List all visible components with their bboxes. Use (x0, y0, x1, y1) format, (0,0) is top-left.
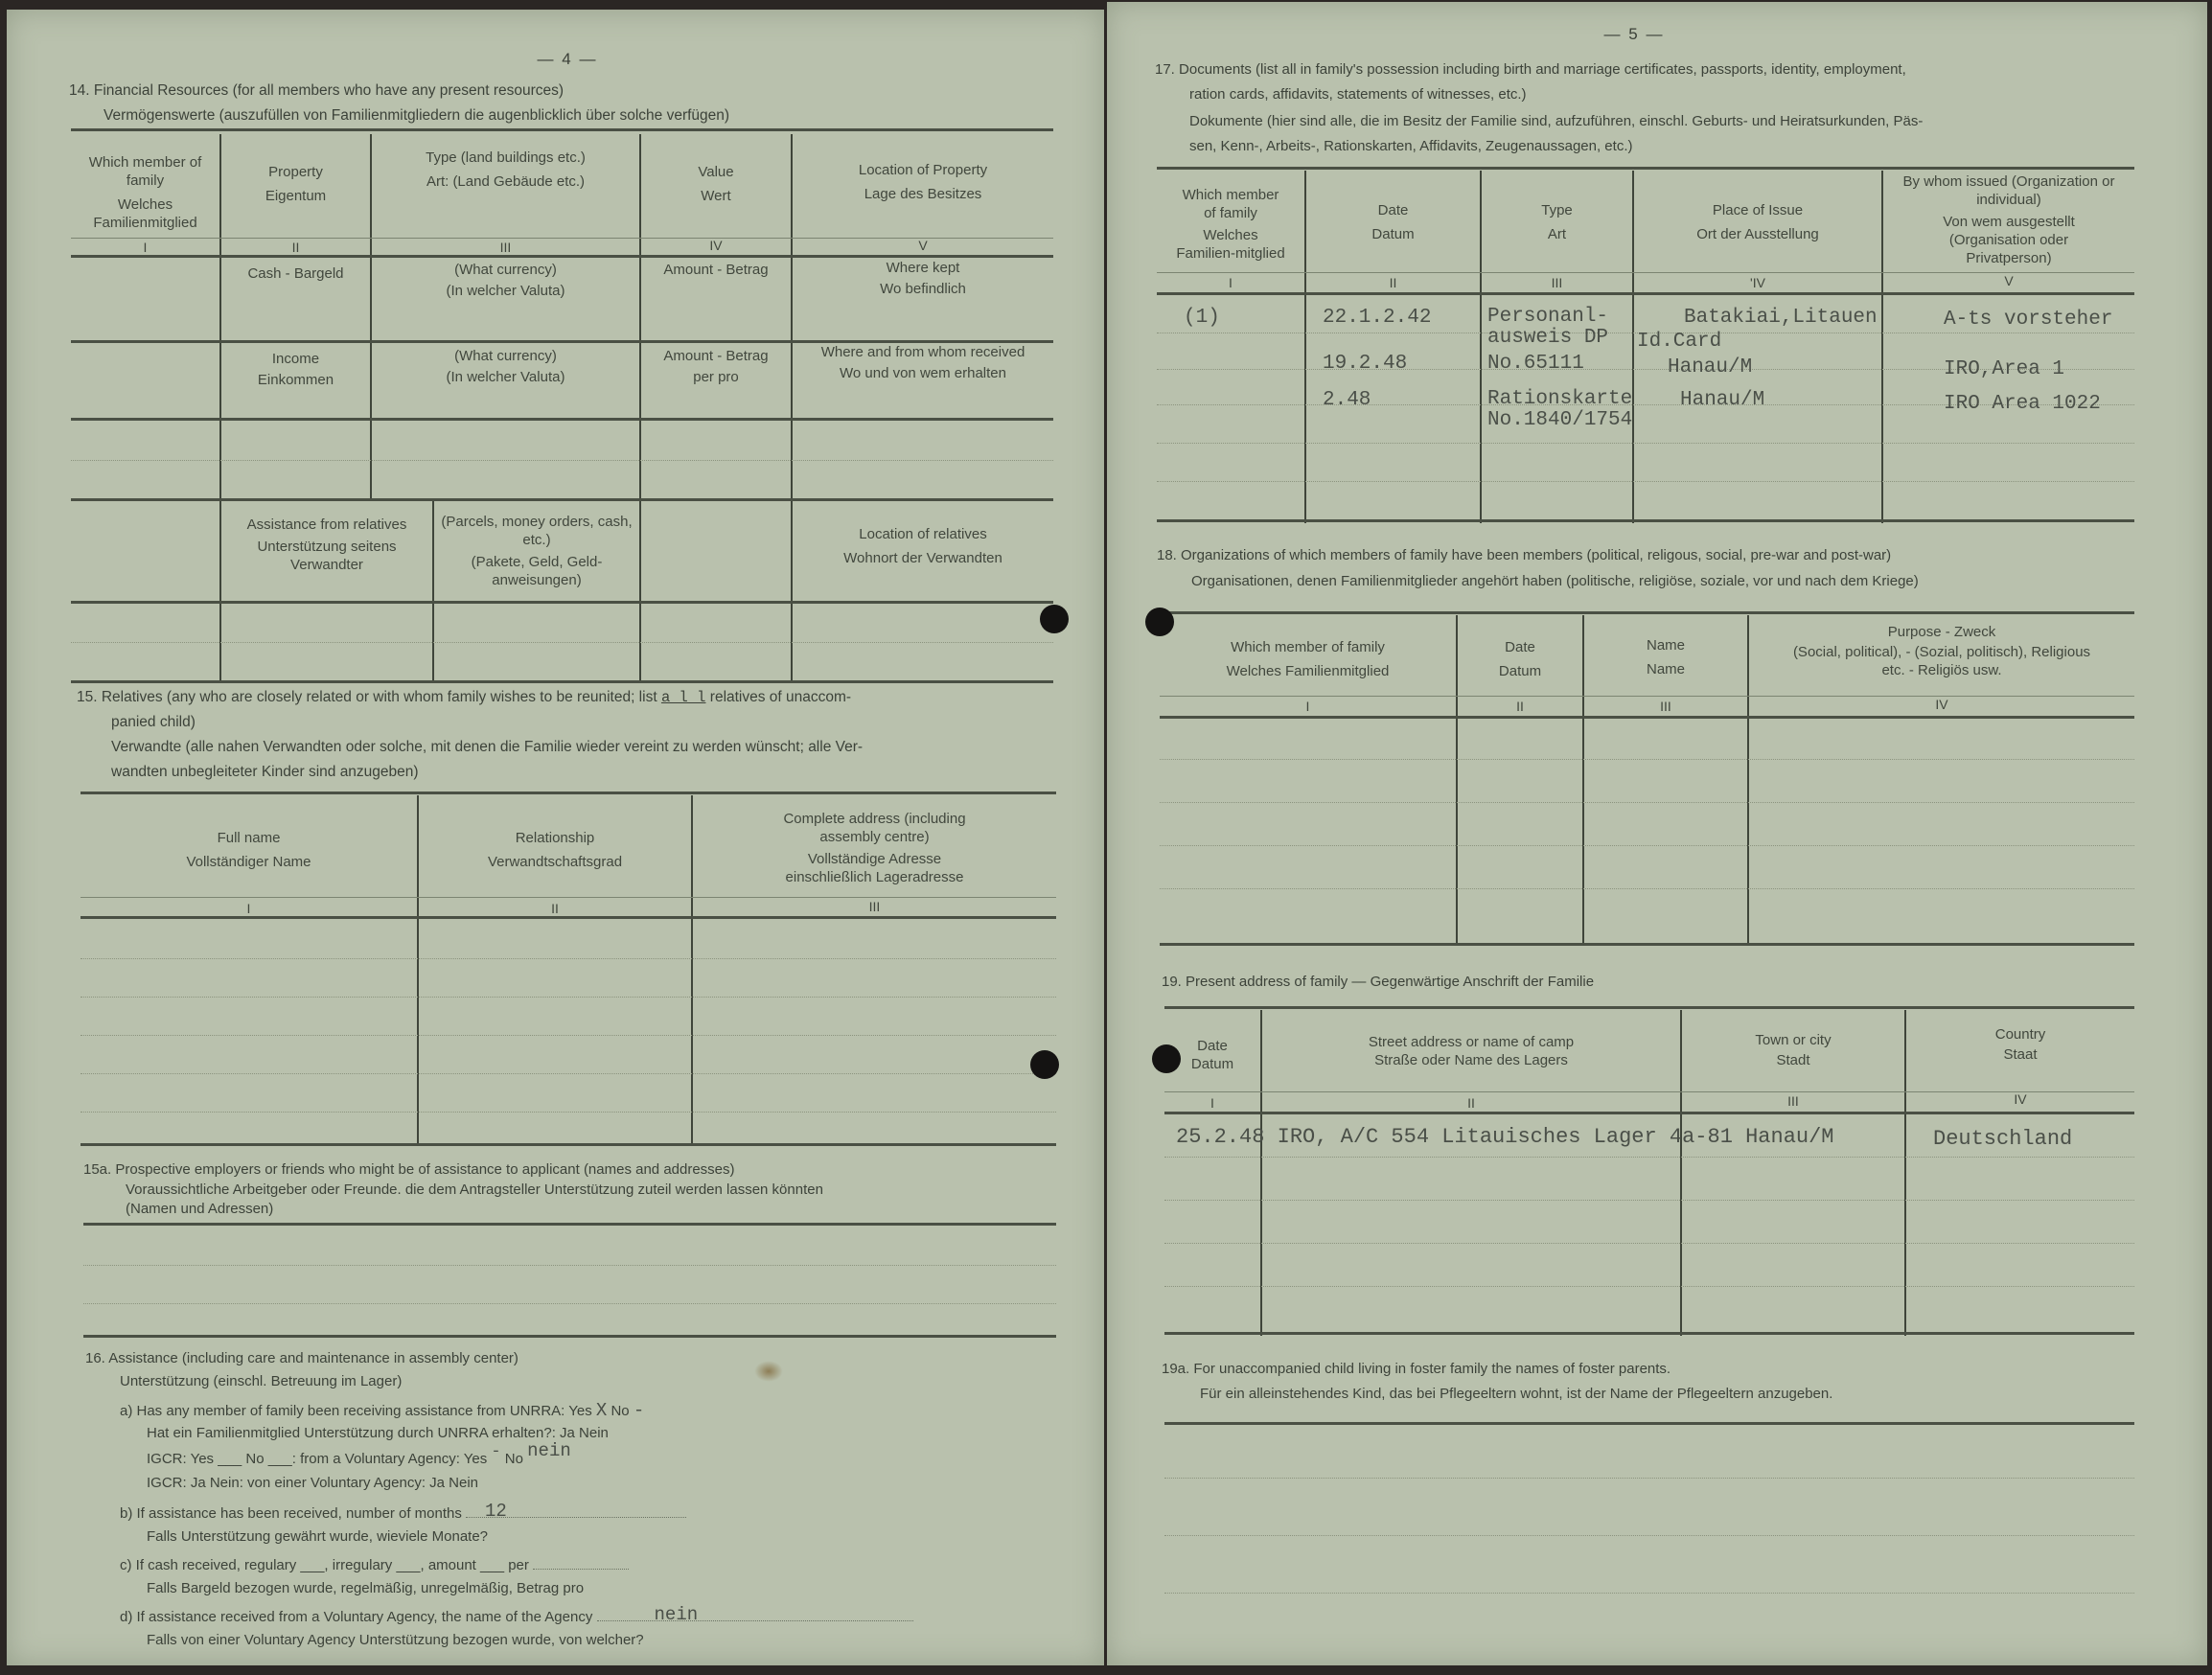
page-number: — 5 — (1572, 25, 1696, 44)
right-page: — 5 — 17. Documents (list all in family'… (1107, 2, 2207, 1665)
address-country: Deutschland (1933, 1127, 2072, 1151)
section-18-line1: 18. Organizations of which members of fa… (1157, 543, 1891, 568)
income-currency: (What currency)(In welcher Valuta) (372, 347, 639, 386)
income-location: Where and from whom receivedWo und von w… (793, 343, 1053, 382)
cash-label: Cash - Bargeld (221, 264, 370, 283)
col-member-header: Which member of familyWelches Familienmi… (1160, 638, 1456, 680)
punch-hole-icon (1030, 1050, 1059, 1079)
unrra-no-value: - (634, 1400, 644, 1421)
doc-member: (1) (1184, 307, 1220, 329)
doc-issuer: A-ts vorsteher (1944, 309, 2112, 331)
section-16-line2: Unterstützung (einschl. Betreuung im Lag… (120, 1372, 402, 1391)
doc-date: 2.48 (1323, 389, 1371, 411)
col-type-header: Type (land buildings etc.)Art: (Land Geb… (372, 149, 639, 191)
section-15-line1: 15. Relatives (any who are closely relat… (77, 685, 851, 710)
voluntary-no-value: nein (527, 1440, 571, 1461)
col-relationship-header: RelationshipVerwandtschaftsgrad (419, 829, 691, 871)
voluntary-yes-value: - (491, 1443, 500, 1461)
section-16-line1: 16. Assistance (including care and maint… (85, 1349, 518, 1368)
doc-place-prefix: Id.Card (1637, 331, 1721, 353)
months-value: 12 (485, 1502, 507, 1521)
doc-place: Hanau/M (1680, 389, 1764, 411)
col-date-header: DateDatum (1458, 638, 1582, 680)
section-15-line2: panied child) (77, 710, 196, 735)
col-fullname-header: Full nameVollständiger Name (81, 829, 417, 871)
punch-hole-icon (1040, 605, 1069, 633)
col-property-header: PropertyEigentum (221, 163, 370, 205)
assistance-relatives-label: Assistance from relativesUnterstützung s… (221, 516, 432, 574)
section-16-igcr-de: IGCR: Ja Nein: von einer Voluntary Agenc… (147, 1474, 478, 1493)
section-16c-en: c) If cash received, regulary ___, irreg… (120, 1556, 629, 1575)
section-17-line1: 17. Documents (list all in family's poss… (1155, 57, 1906, 82)
doc-type: No.65111 (1487, 353, 1584, 375)
punch-hole-icon (1145, 608, 1174, 636)
col-street-header: Street address or name of campStraße ode… (1262, 1033, 1680, 1069)
section-16-igcr-en: IGCR: Yes ___ No ___: from a Voluntary A… (147, 1449, 571, 1470)
col-country-header: CountryStaat (1906, 1025, 2134, 1064)
section-19a-line1: 19a. For unaccompanied child living in f… (1162, 1357, 1671, 1382)
section-19-title: 19. Present address of family — Gegenwär… (1162, 970, 1594, 995)
left-page: — 4 — 14. Financial Resources (for all m… (7, 10, 1104, 1665)
col-town-header: Town or cityStadt (1682, 1031, 1904, 1069)
relatives-location-label: Location of relativesWohnort der Verwand… (793, 525, 1053, 567)
cash-amount: Amount - Betrag (641, 261, 791, 279)
section-15a-line1: 15a. Prospective employers or friends wh… (83, 1159, 735, 1180)
section-17-line2: ration cards, affidavits, statements of … (1155, 82, 1527, 107)
section-16c-de: Falls Bargeld bezogen wurde, regelmäßig,… (147, 1579, 584, 1598)
section-15a-line3: (Namen und Adressen) (91, 1199, 273, 1219)
section-15-line4: wandten unbegleiteter Kinder sind anzuge… (77, 760, 419, 785)
unrra-yes-value: X (596, 1400, 607, 1421)
page-number: — 4 — (505, 50, 630, 69)
cash-location: Where keptWo befindlich (793, 259, 1053, 298)
col-name-header: NameName (1584, 636, 1747, 678)
agency-name-value: nein (655, 1605, 699, 1624)
income-amount: Amount - Betragper pro (641, 347, 791, 386)
section-18-line2: Organisationen, denen Familienmitglieder… (1157, 569, 1919, 594)
section-15-line3: Verwandte (alle nahen Verwandten oder so… (77, 735, 863, 760)
section-17-line4: sen, Kenn-, Arbeits-, Rationskarten, Aff… (1155, 134, 1632, 159)
doc-date: 19.2.48 (1323, 353, 1407, 375)
col-type-header: TypeArt (1482, 201, 1632, 243)
section-14-title-en: 14. Financial Resources (for all members… (69, 79, 564, 103)
punch-hole-icon (1152, 1044, 1181, 1073)
income-label: IncomeEinkommen (221, 350, 370, 389)
col-member-header: Which member of familyWelches Familienmi… (71, 153, 219, 232)
doc-issuer: IRO,Area 1 (1944, 358, 2064, 380)
doc-place: Batakiai,Litauen (1684, 307, 1878, 329)
section-16a-en: a) Has any member of family been receivi… (120, 1401, 644, 1421)
stain (754, 1361, 783, 1382)
address-typed-entry: 25.2.48 IRO, A/C 554 Litauisches Lager 4… (1176, 1125, 1834, 1149)
col-location-header: Location of PropertyLage des Besitzes (793, 161, 1053, 203)
section-17-line3: Dokumente (hier sind alle, die im Besitz… (1155, 109, 1923, 134)
col-purpose-header: Purpose - Zweck(Social, political), - (S… (1749, 623, 2134, 679)
col-member-header: Which member of familyWelches Familien-m… (1157, 186, 1304, 263)
section-15a-line2: Voraussichtliche Arbeitgeber oder Freund… (91, 1180, 823, 1200)
col-address-header: Complete address (including assembly cen… (693, 810, 1056, 886)
doc-type: RationskarteNo.1840/1754 (1487, 389, 1632, 431)
doc-date: 22.1.2.42 (1323, 307, 1431, 329)
section-19a-line2: Für ein alleinstehendes Kind, das bei Pf… (1200, 1382, 1832, 1407)
doc-type: Personanl-ausweis DP (1487, 307, 1608, 349)
col-value-header: ValueWert (641, 163, 791, 205)
parcels-label: (Parcels, money orders, cash, etc.)(Pake… (434, 513, 639, 589)
section-16d-de: Falls von einer Voluntary Agency Unterst… (147, 1631, 644, 1650)
section-16d-en: d) If assistance received from a Volunta… (120, 1608, 913, 1627)
section-16b-de: Falls Unterstützung gewährt wurde, wievi… (147, 1527, 488, 1547)
doc-place: Hanau/M (1668, 356, 1752, 379)
col-date-header: DateDatum (1306, 201, 1480, 243)
doc-issuer: IRO Area 1022 (1944, 393, 2101, 415)
cash-currency: (What currency)(In welcher Valuta) (372, 261, 639, 300)
col-place-header: Place of IssueOrt der Ausstellung (1634, 201, 1881, 243)
section-16b-en: b) If assistance has been received, numb… (120, 1504, 686, 1524)
section-14-title-de: Vermögenswerte (auszufüllen von Familien… (69, 103, 729, 128)
col-issuer-header: By whom issued (Organization or individu… (1883, 172, 2134, 267)
